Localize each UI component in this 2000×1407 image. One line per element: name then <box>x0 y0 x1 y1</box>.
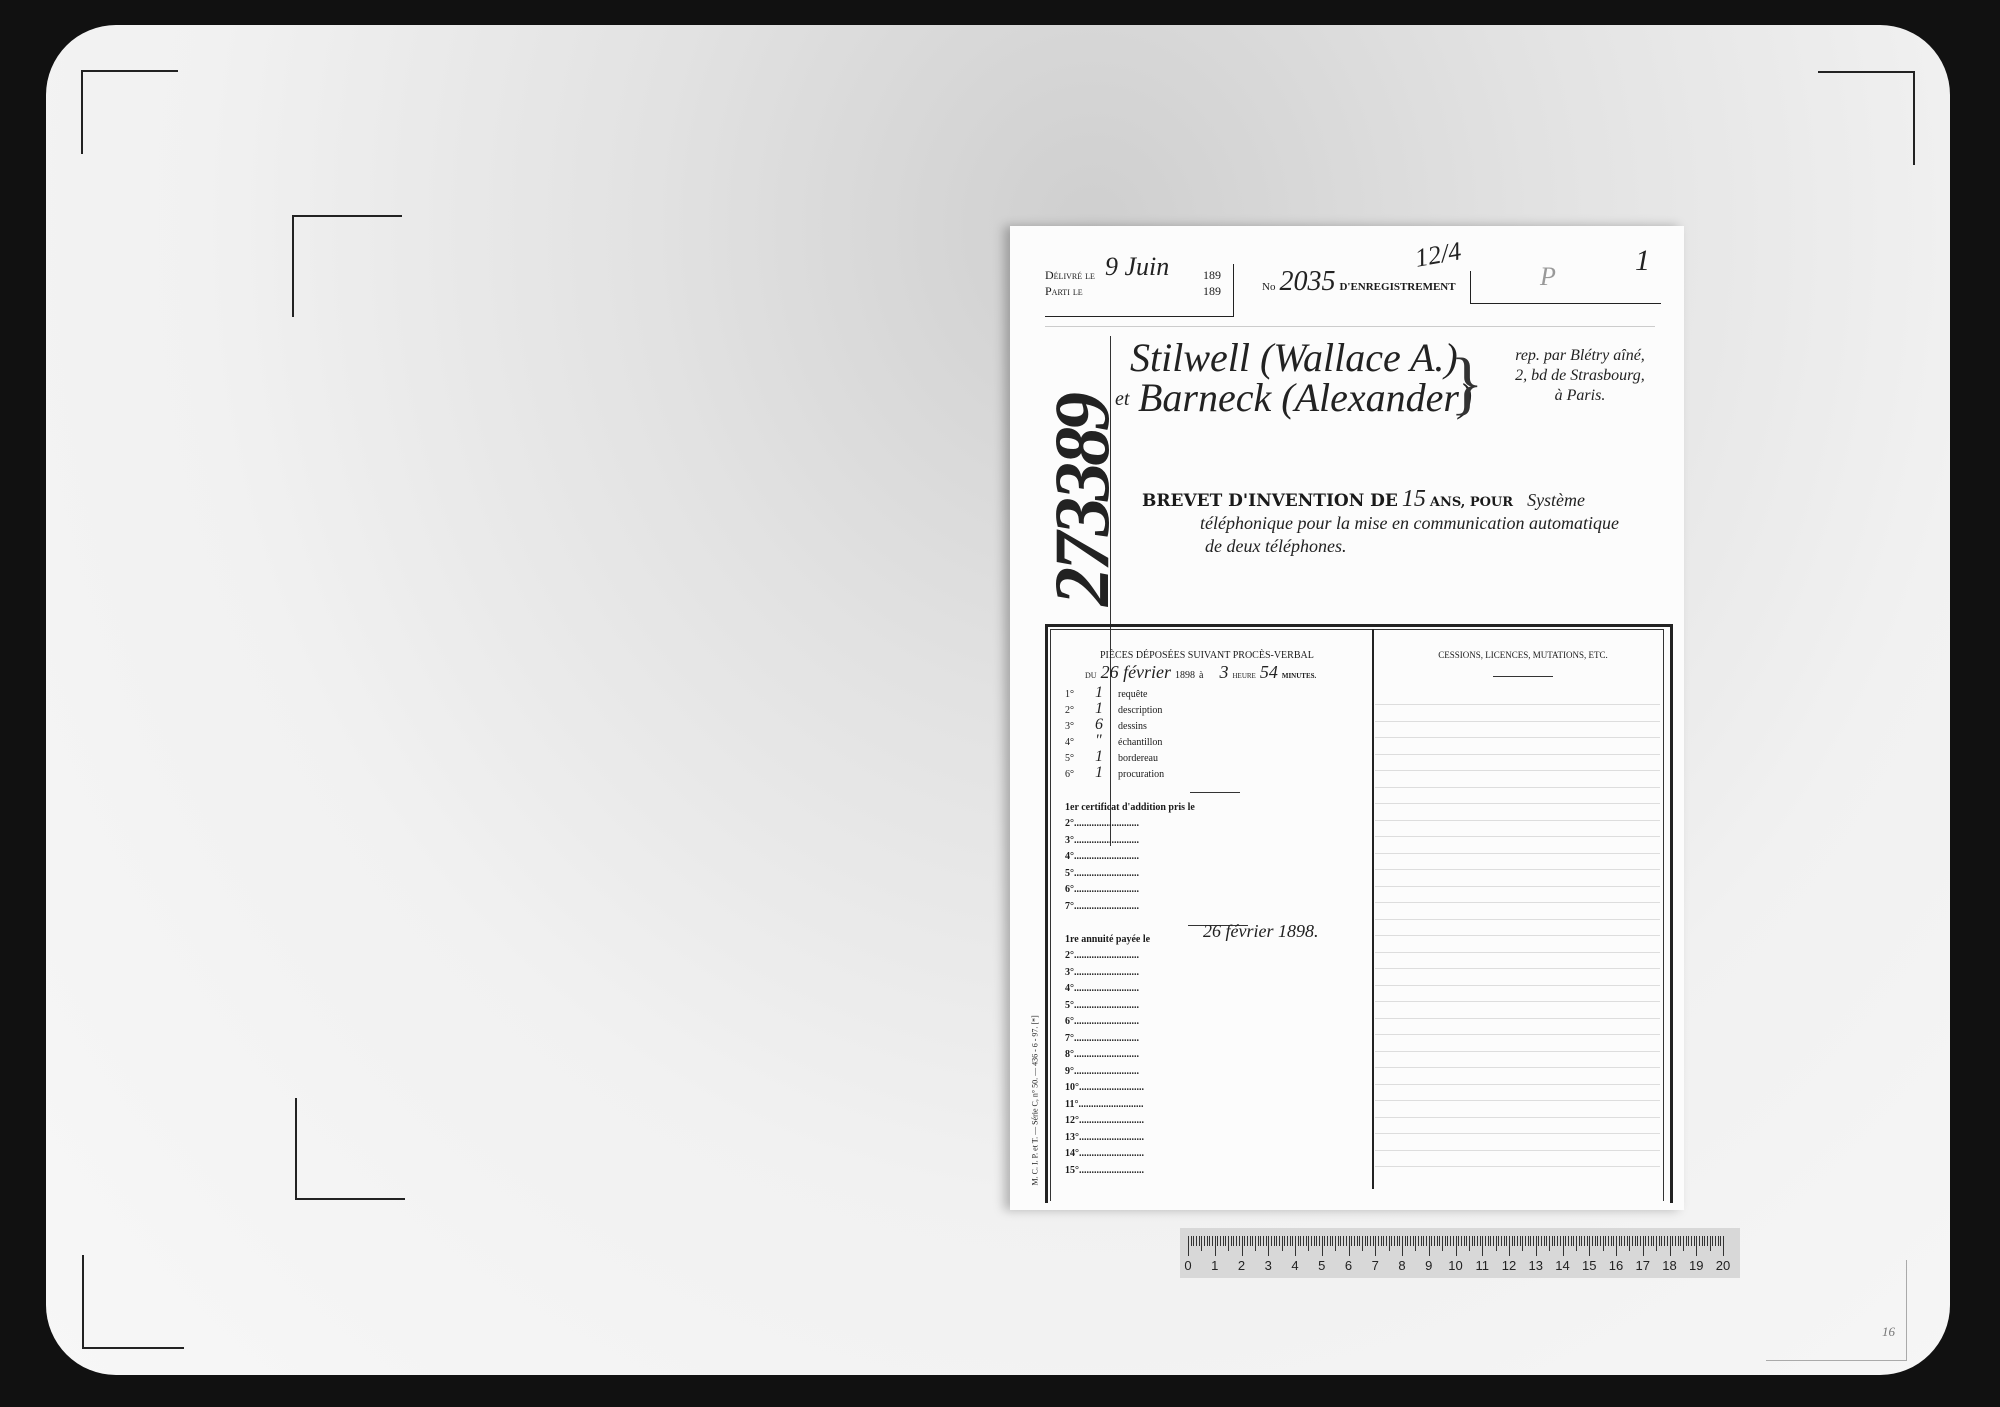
ruled-line <box>1375 1166 1660 1167</box>
ruler-tick <box>1480 1236 1481 1246</box>
ruler-tick <box>1423 1236 1424 1246</box>
ruler-tick <box>1193 1236 1194 1246</box>
piece-label: dessins <box>1118 721 1147 732</box>
ruler-tick <box>1453 1236 1454 1246</box>
hour-value: 3 <box>1220 662 1229 682</box>
right-mark-p: P <box>1540 262 1556 292</box>
register-row: 2°.......................... <box>1065 950 1139 961</box>
ruler-tick <box>1250 1236 1251 1246</box>
ruler-tick <box>1538 1236 1539 1246</box>
patent-number: 273389 <box>1037 351 1127 651</box>
ruler-label: 17 <box>1636 1258 1650 1273</box>
piece-number: 4° <box>1065 737 1074 748</box>
piece-number: 1° <box>1065 689 1074 700</box>
ruler-tick <box>1228 1236 1229 1251</box>
certificate-first: 1er certificat d'addition pris le <box>1065 802 1195 813</box>
title-desc-3: de deux téléphones. <box>1205 536 1346 557</box>
register-row: 8°.......................... <box>1065 1049 1139 1060</box>
ruled-line <box>1375 754 1660 755</box>
ruled-line <box>1375 886 1660 887</box>
ruler-tick <box>1670 1236 1671 1256</box>
piece-number: 5° <box>1065 753 1074 764</box>
ruler-label: 0 <box>1184 1258 1191 1273</box>
ruler-tick <box>1629 1236 1630 1251</box>
ruler-tick <box>1188 1236 1189 1256</box>
crop-mark-bottom-right <box>1766 1260 1907 1361</box>
ruler-tick <box>1517 1236 1518 1246</box>
ruler-tick <box>1209 1236 1210 1246</box>
piece-label: requête <box>1118 689 1147 700</box>
du-label: DU <box>1085 671 1097 680</box>
ruled-line <box>1375 721 1660 722</box>
ruler-tick <box>1595 1236 1596 1246</box>
ruler-tick <box>1295 1236 1296 1256</box>
ruler-tick <box>1667 1236 1668 1246</box>
ruler-tick <box>1506 1236 1507 1246</box>
ruler-tick <box>1314 1236 1315 1246</box>
ruler-tick <box>1429 1236 1430 1256</box>
ruler-tick <box>1274 1236 1275 1246</box>
ruler-tick <box>1332 1236 1333 1246</box>
ruler-tick <box>1431 1236 1432 1246</box>
ruler-tick <box>1201 1236 1202 1251</box>
ruler-tick <box>1696 1236 1697 1256</box>
ruler-label: 7 <box>1372 1258 1379 1273</box>
register-row: 9°.......................... <box>1065 1066 1139 1077</box>
ruler-tick <box>1303 1236 1304 1246</box>
ruled-line <box>1375 1133 1660 1134</box>
pieces-date: DU 26 février 1898 à 3 HEURE 54 MINUTES. <box>1085 662 1316 683</box>
ruler-tick <box>1212 1236 1213 1246</box>
ruler-tick <box>1298 1236 1299 1246</box>
ruler-tick <box>1653 1236 1654 1246</box>
ruler-tick <box>1252 1236 1253 1246</box>
ruler-tick <box>1308 1236 1309 1251</box>
ruler-tick <box>1349 1236 1350 1256</box>
ruled-line <box>1375 1084 1660 1085</box>
ruler-label: 14 <box>1555 1258 1569 1273</box>
ruled-line <box>1375 803 1660 804</box>
register-row: 15°.......................... <box>1065 1165 1144 1176</box>
register-row: 5°.......................... <box>1065 868 1139 879</box>
ruler-tick <box>1450 1236 1451 1246</box>
ruler-label: 11 <box>1476 1258 1490 1273</box>
ruler-tick <box>1466 1236 1467 1246</box>
ruler-tick <box>1576 1236 1577 1251</box>
ruler-label: 15 <box>1582 1258 1596 1273</box>
ruler-tick <box>1498 1236 1499 1246</box>
hour-label: HEURE <box>1233 672 1256 680</box>
ruler-tick <box>1477 1236 1478 1246</box>
ruler-label: 5 <box>1318 1258 1325 1273</box>
ruler-tick <box>1702 1236 1703 1246</box>
ruler-label: 9 <box>1425 1258 1432 1273</box>
ruler-tick <box>1324 1236 1325 1246</box>
ruler-tick <box>1266 1236 1267 1246</box>
title-prefix: BREVET D'INVENTION DE <box>1142 491 1398 511</box>
ruled-line <box>1375 1034 1660 1035</box>
ruler-tick <box>1691 1236 1692 1246</box>
ruler-tick <box>1522 1236 1523 1251</box>
ruler-tick <box>1621 1236 1622 1246</box>
ruler-tick <box>1231 1236 1232 1246</box>
ruler-tick <box>1645 1236 1646 1246</box>
ruler-tick <box>1565 1236 1566 1246</box>
ruler-tick <box>1651 1236 1652 1246</box>
register-row: 3°.......................... <box>1065 835 1139 846</box>
ruler-tick <box>1472 1236 1473 1246</box>
title-years: 15 <box>1402 486 1426 512</box>
ruler-tick <box>1573 1236 1574 1246</box>
ruler-tick <box>1204 1236 1205 1246</box>
ruler-tick <box>1290 1236 1291 1246</box>
ruler-tick <box>1627 1236 1628 1246</box>
ruler-tick <box>1247 1236 1248 1246</box>
ruler-tick <box>1482 1236 1483 1256</box>
ruler-tick <box>1236 1236 1237 1246</box>
date-value: 26 février <box>1101 662 1171 682</box>
ruler-tick <box>1640 1236 1641 1246</box>
ruler-tick <box>1447 1236 1448 1246</box>
ruler-tick <box>1720 1236 1721 1246</box>
ruled-line <box>1375 869 1660 870</box>
ruled-line <box>1375 1001 1660 1002</box>
ruler-tick <box>1686 1236 1687 1246</box>
ruler-label: 6 <box>1345 1258 1352 1273</box>
cessions-heading: CESSIONS, LICENCES, MUTATIONS, ETC. <box>1388 650 1658 660</box>
ruler-tick <box>1579 1236 1580 1246</box>
register-row: 7°.......................... <box>1065 901 1139 912</box>
registration-number: 2035 <box>1279 266 1335 297</box>
ruler-tick <box>1699 1236 1700 1246</box>
ruled-line <box>1375 836 1660 837</box>
minutes-label: MINUTES. <box>1282 672 1316 680</box>
ruler-label: 20 <box>1716 1258 1730 1273</box>
ruler-tick <box>1322 1236 1323 1256</box>
ruler-tick <box>1597 1236 1598 1246</box>
ruler-tick <box>1399 1236 1400 1246</box>
ruler-tick <box>1276 1236 1277 1246</box>
crop-mark-inner-bottom-left <box>295 1098 405 1200</box>
ruler-tick <box>1552 1236 1553 1246</box>
registration-prefix: No <box>1262 281 1275 293</box>
ruler-tick <box>1509 1236 1510 1256</box>
header-box-right <box>1470 271 1661 304</box>
ruler-tick <box>1678 1236 1679 1246</box>
ruler-tick <box>1357 1236 1358 1246</box>
crop-mark-bottom-left <box>82 1255 184 1349</box>
ruled-line <box>1375 853 1660 854</box>
ruler-tick <box>1584 1236 1585 1246</box>
register-row: 12°.......................... <box>1065 1115 1144 1126</box>
ruled-line <box>1375 919 1660 920</box>
ruler-tick <box>1616 1236 1617 1256</box>
ruler-tick <box>1220 1236 1221 1246</box>
register-row: 4°.......................... <box>1065 983 1139 994</box>
applicant-2-prefix: et <box>1115 388 1129 411</box>
ruler-tick <box>1683 1236 1684 1251</box>
ruler-tick <box>1600 1236 1601 1246</box>
ruled-line <box>1375 1117 1660 1118</box>
ruler-label: 10 <box>1448 1258 1462 1273</box>
ruler-tick <box>1405 1236 1406 1246</box>
ruled-line <box>1375 1100 1660 1101</box>
ruler-tick <box>1284 1236 1285 1246</box>
ruler-tick <box>1592 1236 1593 1246</box>
ruler-tick <box>1225 1236 1226 1246</box>
ruled-line <box>1375 737 1660 738</box>
piece-label: description <box>1118 705 1162 716</box>
ruler-label: 3 <box>1265 1258 1272 1273</box>
ruled-line <box>1375 1051 1660 1052</box>
ruler-tick <box>1469 1236 1470 1251</box>
ruler-tick <box>1723 1236 1724 1256</box>
ruler-tick <box>1603 1236 1604 1251</box>
ruler-tick <box>1715 1236 1716 1246</box>
ruler-tick <box>1421 1236 1422 1246</box>
ruler-label: 8 <box>1398 1258 1405 1273</box>
ruler-tick <box>1496 1236 1497 1251</box>
ruler-tick <box>1426 1236 1427 1246</box>
fraction-note: 12/4 <box>1413 236 1464 274</box>
header-box-left <box>1045 264 1234 317</box>
ruler-tick <box>1648 1236 1649 1246</box>
ruler-tick <box>1362 1236 1363 1251</box>
ruler-tick <box>1680 1236 1681 1246</box>
title-desc-1: Système <box>1527 490 1585 510</box>
patent-title: BREVET D'INVENTION DE 15 ANS, POUR Systè… <box>1142 486 1585 513</box>
ruler-tick <box>1407 1236 1408 1246</box>
pieces-separator <box>1190 792 1240 793</box>
ruler-tick <box>1619 1236 1620 1246</box>
ruler-tick <box>1239 1236 1240 1246</box>
ruler-tick <box>1587 1236 1588 1246</box>
minutes-value: 54 <box>1260 662 1278 682</box>
year-value: 1898 <box>1175 670 1195 681</box>
ruler-tick <box>1504 1236 1505 1246</box>
ruler-tick <box>1624 1236 1625 1246</box>
ruler-tick <box>1707 1236 1708 1246</box>
ruler-tick <box>1458 1236 1459 1246</box>
ruler-tick <box>1335 1236 1336 1251</box>
ruler-tick <box>1490 1236 1491 1246</box>
register-row: 10°.......................... <box>1065 1082 1144 1093</box>
ruler-tick <box>1223 1236 1224 1246</box>
ruler-tick <box>1263 1236 1264 1246</box>
ruler-label: 16 <box>1609 1258 1623 1273</box>
ruler-tick <box>1704 1236 1705 1246</box>
ruler-tick <box>1536 1236 1537 1256</box>
ruler-tick <box>1710 1236 1711 1251</box>
ruled-line <box>1375 985 1660 986</box>
ruler-tick <box>1415 1236 1416 1251</box>
ruler-tick <box>1712 1236 1713 1246</box>
ruled-line <box>1375 770 1660 771</box>
ruler-tick <box>1611 1236 1612 1246</box>
ruler-tick <box>1413 1236 1414 1246</box>
ruler-tick <box>1608 1236 1609 1246</box>
ruler-tick <box>1330 1236 1331 1246</box>
ruler-tick <box>1367 1236 1368 1246</box>
ruler-label: 1 <box>1211 1258 1218 1273</box>
ruler-tick <box>1512 1236 1513 1246</box>
ruler-tick <box>1571 1236 1572 1246</box>
ruler-tick <box>1525 1236 1526 1246</box>
ruler-label: 18 <box>1662 1258 1676 1273</box>
ruler-tick <box>1207 1236 1208 1246</box>
right-mark-1: 1 <box>1635 244 1650 278</box>
ruler-tick <box>1488 1236 1489 1246</box>
pieces-heading: PIÈCES DÉPOSÉES SUIVANT PROCÈS-VERBAL <box>1100 650 1314 661</box>
ruler-tick <box>1394 1236 1395 1246</box>
ruler-label: 13 <box>1529 1258 1543 1273</box>
ruler-tick <box>1271 1236 1272 1246</box>
ruler-tick <box>1544 1236 1545 1246</box>
ruler-tick <box>1316 1236 1317 1246</box>
ruler-tick <box>1664 1236 1665 1246</box>
ruler-tick <box>1688 1236 1689 1246</box>
ruler-tick <box>1661 1236 1662 1246</box>
representative: rep. par Blétry aîné, 2, bd de Strasbour… <box>1490 346 1670 406</box>
ruler-tick <box>1474 1236 1475 1246</box>
crop-mark-inner-top-left <box>292 215 402 317</box>
top-rule <box>1045 326 1655 327</box>
column-divider <box>1372 629 1374 1189</box>
ruler-tick <box>1389 1236 1390 1251</box>
ruler-tick <box>1554 1236 1555 1246</box>
title-desc-2: téléphonique pour la mise en communicati… <box>1200 513 1619 534</box>
ruler-tick <box>1659 1236 1660 1246</box>
ruler-tick <box>1445 1236 1446 1246</box>
patent-document: Délivré le 9 Juin Parti le 189 189 No 20… <box>1010 226 1684 1210</box>
ruler-tick <box>1351 1236 1352 1246</box>
piece-label: procuration <box>1118 769 1164 780</box>
representative-line-2: 2, bd de Strasbourg, <box>1490 366 1670 386</box>
piece-number: 6° <box>1065 769 1074 780</box>
ruler-tick <box>1191 1236 1192 1246</box>
ruler-tick <box>1255 1236 1256 1251</box>
ruler-tick <box>1319 1236 1320 1246</box>
ruler-tick <box>1675 1236 1676 1246</box>
ruled-line <box>1375 952 1660 953</box>
ruler-tick <box>1656 1236 1657 1251</box>
ruler-tick <box>1327 1236 1328 1246</box>
ruler-tick <box>1268 1236 1269 1256</box>
ruler-tick <box>1528 1236 1529 1246</box>
ruler-tick <box>1493 1236 1494 1246</box>
ruler-tick <box>1365 1236 1366 1246</box>
ruler-tick <box>1260 1236 1261 1246</box>
piece-number: 3° <box>1065 721 1074 732</box>
ruler-tick <box>1530 1236 1531 1246</box>
annuity-first-value: 26 février 1898. <box>1203 921 1318 942</box>
title-suffix: ANS, POUR <box>1430 495 1513 510</box>
ruler-tick <box>1589 1236 1590 1256</box>
ruler-tick <box>1244 1236 1245 1246</box>
ruler-tick <box>1397 1236 1398 1246</box>
applicant-2: Barneck (Alexander) <box>1138 374 1472 421</box>
ruler-tick <box>1258 1236 1259 1246</box>
ruler-tick <box>1541 1236 1542 1246</box>
register-row: 11°.......................... <box>1065 1099 1143 1110</box>
register-row: 2°.......................... <box>1065 818 1139 829</box>
ruled-line <box>1375 968 1660 969</box>
printer-mark: M. C. I. P. et T. — Série C, n° 50. — 43… <box>1031 956 1040 1186</box>
ruler-tick <box>1233 1236 1234 1246</box>
ruler-tick <box>1672 1236 1673 1246</box>
ruler-tick <box>1560 1236 1561 1246</box>
ruler-tick <box>1605 1236 1606 1246</box>
ruler-tick <box>1279 1236 1280 1246</box>
ruler-tick <box>1199 1236 1200 1246</box>
ruler-label: 12 <box>1502 1258 1516 1273</box>
ruler-tick <box>1343 1236 1344 1246</box>
ruler-tick <box>1485 1236 1486 1246</box>
ruler-tick <box>1434 1236 1435 1246</box>
annuity-first: 1re annuité payée le <box>1065 934 1150 945</box>
page-number: 16 <box>1882 1324 1895 1340</box>
ruler-tick <box>1292 1236 1293 1246</box>
ruler-tick <box>1242 1236 1243 1256</box>
ruler-tick <box>1391 1236 1392 1246</box>
ruler-tick <box>1514 1236 1515 1246</box>
ruler-tick <box>1217 1236 1218 1246</box>
ruler-tick <box>1306 1236 1307 1246</box>
ruler-tick <box>1215 1236 1216 1256</box>
ruler-tick <box>1637 1236 1638 1246</box>
ruler-tick <box>1461 1236 1462 1246</box>
ruled-line <box>1375 1150 1660 1151</box>
registration-label: D'ENREGISTREMENT <box>1339 281 1455 293</box>
ruler-tick <box>1442 1236 1443 1251</box>
representative-line-1: rep. par Blétry aîné, <box>1490 346 1670 366</box>
ruler-tick <box>1338 1236 1339 1246</box>
ruler-label: 4 <box>1291 1258 1298 1273</box>
ruler-tick <box>1635 1236 1636 1246</box>
ruler-tick <box>1359 1236 1360 1246</box>
register-row: 6°.......................... <box>1065 884 1139 895</box>
ruler-tick <box>1402 1236 1403 1256</box>
ruler-tick <box>1557 1236 1558 1246</box>
ruler-label: 19 <box>1689 1258 1703 1273</box>
ruler-tick <box>1311 1236 1312 1246</box>
ruler-tick <box>1568 1236 1569 1246</box>
register-row: 14°.......................... <box>1065 1148 1144 1159</box>
ruler-tick <box>1439 1236 1440 1246</box>
ruler-tick <box>1456 1236 1457 1256</box>
ruler-label: 2 <box>1238 1258 1245 1273</box>
ruler-tick <box>1383 1236 1384 1246</box>
register-row: 7°.......................... <box>1065 1033 1139 1044</box>
ruled-line <box>1375 1018 1660 1019</box>
ruler-tick <box>1300 1236 1301 1246</box>
ruler-tick <box>1464 1236 1465 1246</box>
ruler-tick <box>1378 1236 1379 1246</box>
ruler-tick <box>1581 1236 1582 1246</box>
scale-ruler: 01234567891011121314151617181920 <box>1180 1228 1740 1278</box>
register-row: 4°.......................... <box>1065 851 1139 862</box>
register-row: 13°.......................... <box>1065 1132 1144 1143</box>
ruler-tick <box>1373 1236 1374 1246</box>
ruler-tick <box>1520 1236 1521 1246</box>
ruler-tick <box>1196 1236 1197 1246</box>
ruler-tick <box>1418 1236 1419 1246</box>
ruled-line <box>1375 1067 1660 1068</box>
ruler-tick <box>1287 1236 1288 1246</box>
ruler-tick <box>1533 1236 1534 1246</box>
ruler-tick <box>1437 1236 1438 1246</box>
ruled-line <box>1375 935 1660 936</box>
